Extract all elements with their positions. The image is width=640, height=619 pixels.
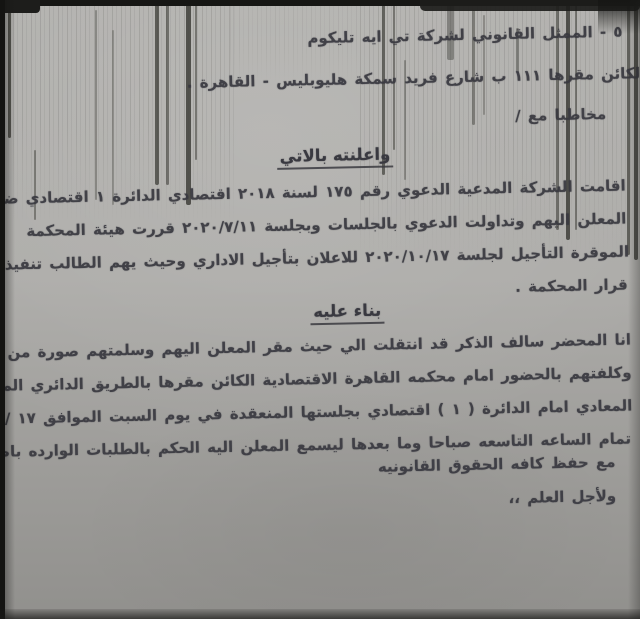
accordingly-heading: بناء عليه [54,295,640,330]
scanned-court-notice-page: ٥ - الممثل القانوني لشركة تي ايه تليكوم … [0,0,640,619]
case-paragraph-line: المعلن اليهم وتداولت الدعوي بالجلسات وبج… [26,209,626,242]
announce-heading-text: واعلنته بالاتي [276,144,393,169]
announce-heading: واعلنته بالاتي [33,139,637,175]
service-paragraph-line: انا المحضر سالف الذكر قد انتقلت الي حيث … [0,329,631,364]
rights-line: مع حفظ كافه الحقوق القانونيه [378,452,616,477]
case-paragraph-line: قرار المحكمة . [515,275,628,297]
case-paragraph-line: اقامت الشركة المدعية الدعوي رقم ١٧٥ لسنة… [0,176,626,209]
service-paragraph-line: المعادي امام الدائرة ( ١ ) اقتصادي بجلست… [0,395,632,431]
case-paragraph-line: الموقرة التأجيل لجلسة ٢٠٢٠/١٠/١٧ للاعلان… [5,242,630,275]
address-line: الكائن مقرها ١١١ ب شارع فريد سمكة هليوبل… [187,63,640,93]
accordingly-heading-text: بناء عليه [310,301,385,326]
service-paragraph-line: وكلفتهم بالحضور امام محكمه القاهرة الاقت… [0,362,632,398]
party-line: ٥ - الممثل القانوني لشركة تي ايه تليكوم [307,22,622,49]
closing-line: ولأجل العلم ،، [508,486,616,508]
salutation-line: مخاطبا مع / [515,104,606,126]
notice-text-layer: ٥ - الممثل القانوني لشركة تي ايه تليكوم … [0,0,640,619]
